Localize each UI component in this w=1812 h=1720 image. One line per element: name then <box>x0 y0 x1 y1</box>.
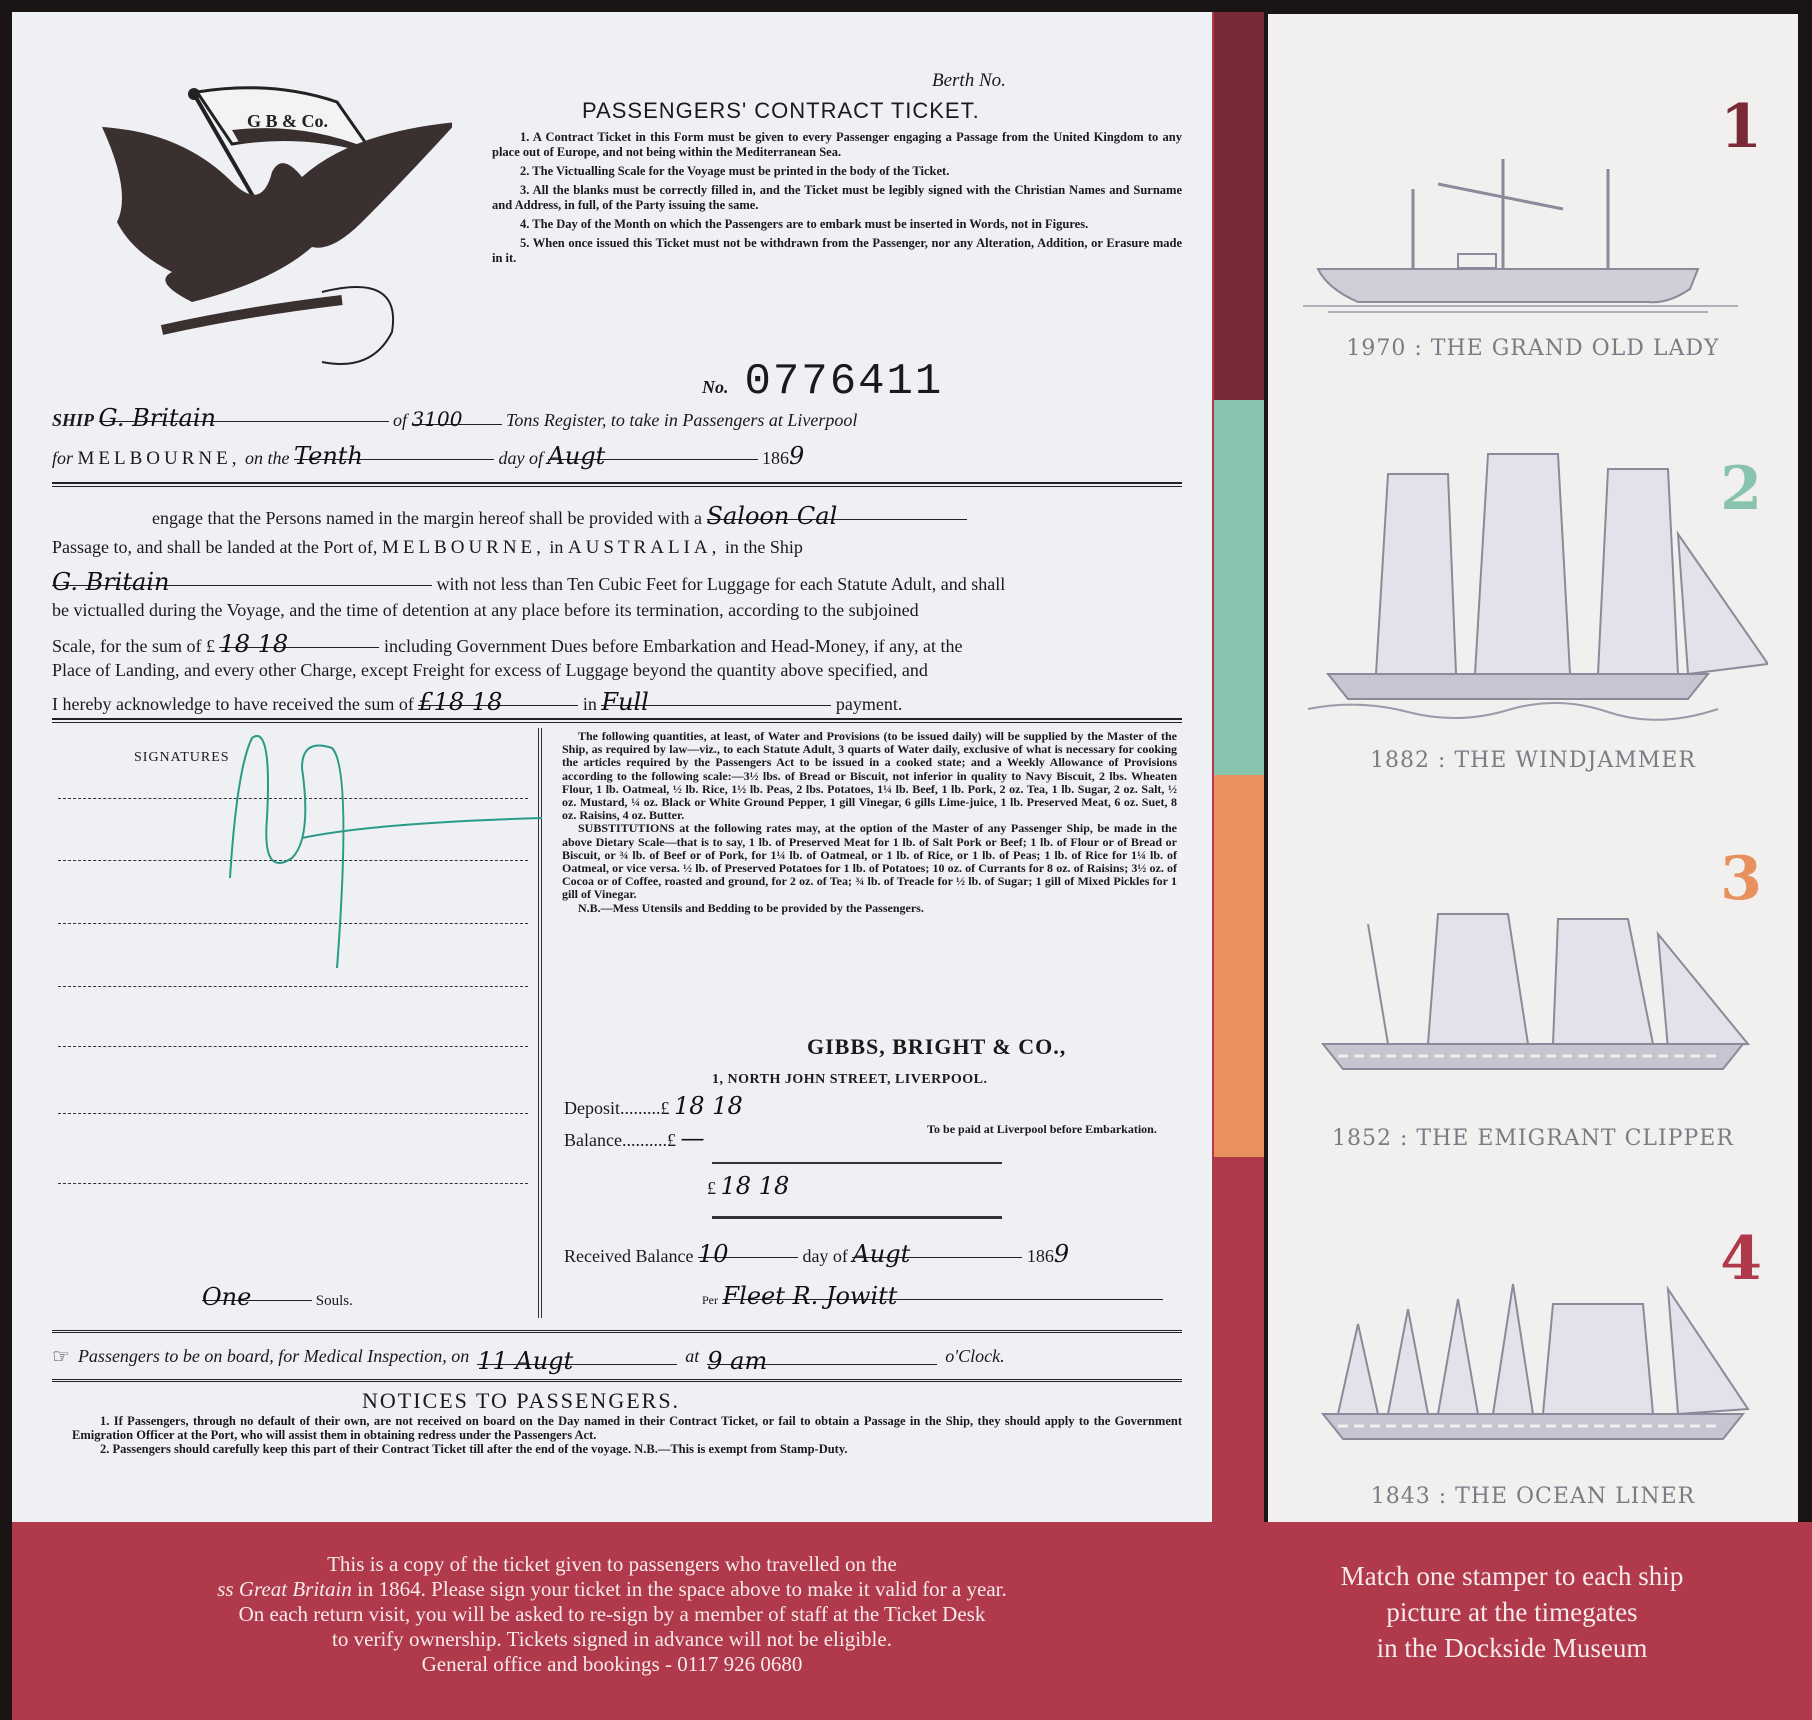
notice-item: 2. Passengers should carefully keep this… <box>72 1442 1182 1456</box>
landing-line: Place of Landing, and every other Charge… <box>52 660 1182 681</box>
engage-line: engage that the Persons named in the mar… <box>152 502 1182 529</box>
received-month-field[interactable]: Augt <box>852 1240 1022 1258</box>
company-address: 1, NORTH JOHN STREET, LIVERPOOL. <box>712 1072 987 1088</box>
ship-caption: 1970 : THE GRAND OLD LADY <box>1268 336 1798 361</box>
inspection-time-field[interactable]: 9 am <box>707 1347 937 1365</box>
deposit-row: Deposit.........£ 18 18 <box>564 1092 743 1120</box>
rule-item: 3. All the blanks must be correctly fill… <box>492 183 1182 213</box>
provisions-scale: The following quantities, at least, of W… <box>562 730 1177 915</box>
ship-caption: 1852 : THE EMIGRANT CLIPPER <box>1268 1126 1798 1151</box>
stripe-ship-3 <box>1214 775 1264 1157</box>
victual-line: be victualled during the Voyage, and the… <box>52 600 1182 621</box>
ship-stamp-panel: 1 1970 : THE GRAND OLD LADY 2 1882 : THE… <box>1268 14 1798 1522</box>
received-balance-row: Received Balance 10 day of Augt 1869 <box>564 1240 1069 1268</box>
info-banner: This is a copy of the ticket given to pa… <box>12 1522 1212 1720</box>
souls-field[interactable]: One <box>202 1283 312 1301</box>
provisions-paragraph: The following quantities, at least, of W… <box>562 730 1177 822</box>
signature-line[interactable] <box>58 1113 528 1114</box>
ship-1-steamer-icon <box>1298 154 1768 314</box>
notices-title: NOTICES TO PASSENGERS. <box>362 1388 680 1414</box>
ticket-number-value: 0776411 <box>745 357 944 407</box>
ticket-rules: 1. A Contract Ticket in this Form must b… <box>492 130 1182 270</box>
sum-rule <box>712 1216 1002 1219</box>
rule-item: 5. When once issued this Ticket must not… <box>492 236 1182 266</box>
ship-caption: 1843 : THE OCEAN LINER <box>1268 1484 1798 1509</box>
passage-line: Passage to, and shall be landed at the P… <box>52 537 1182 559</box>
payment-mode-field[interactable]: Full <box>601 688 831 706</box>
month-field[interactable]: Augt <box>548 442 758 460</box>
divider <box>52 482 1182 487</box>
agent-signature-field[interactable]: Fleet R. Jowitt <box>723 1282 1163 1300</box>
ship-line: SHIP G. Britain of 3100 Tons Register, t… <box>52 404 1182 431</box>
bookings-phone: General office and bookings - 0117 926 0… <box>12 1652 1212 1677</box>
medical-inspection-line: ☞ Passengers to be on board, for Medical… <box>52 1330 1182 1382</box>
paid-note: To be paid at Liverpool before Embarkati… <box>922 1122 1162 1136</box>
divider <box>52 718 1182 723</box>
received-day-field[interactable]: 10 <box>698 1240 798 1258</box>
received-line: I hereby acknowledge to have received th… <box>52 688 1182 715</box>
signatures-area: SIGNATURES One Souls. <box>52 728 542 1318</box>
date-line: for MELBOURNE, on the Tenth day of Augt … <box>52 442 1182 470</box>
day-field[interactable]: Tenth <box>294 442 494 460</box>
stripe-ship-4 <box>1214 1157 1264 1522</box>
provisions-paragraph: N.B.—Mess Utensils and Bedding to be pro… <box>562 902 1177 915</box>
rule-item: 4. The Day of the Month on which the Pas… <box>492 217 1182 232</box>
ship-2-windjammer-icon <box>1298 434 1768 734</box>
contract-ticket: G B & Co. Berth No. PASSENGERS' CONTRACT… <box>12 12 1212 1538</box>
inspection-date-field[interactable]: 11 Augt <box>477 1347 677 1365</box>
ship-3-emigrant-clipper-icon <box>1298 874 1768 1084</box>
class-field[interactable]: Saloon Cal <box>707 502 967 520</box>
ship-caption: 1882 : THE WINDJAMMER <box>1268 748 1798 773</box>
deposit-field[interactable]: 18 18 <box>674 1092 743 1120</box>
provisions-paragraph: SUBSTITUTIONS at the following rates may… <box>562 822 1177 901</box>
rule-item: 2. The Victualling Scale for the Voyage … <box>492 164 1182 179</box>
balance-field[interactable]: — <box>680 1124 704 1152</box>
ship-4-ocean-liner-icon <box>1298 1254 1768 1464</box>
scale-line: Scale, for the sum of £ 18 18 including … <box>52 630 1182 657</box>
rule-item: 1. A Contract Ticket in this Form must b… <box>492 130 1182 160</box>
stripe-ship-1 <box>1214 12 1264 400</box>
berth-number-label: Berth No. <box>932 70 1006 92</box>
svg-text:G B & Co.: G B & Co. <box>247 111 328 131</box>
green-signature-icon <box>212 728 552 988</box>
ticket-number-label: No. <box>702 377 729 398</box>
stamper-instructions: Match one stamper to each ship picture a… <box>1212 1522 1812 1720</box>
eagle-flag-logo-icon: G B & Co. <box>72 72 452 372</box>
total-row: £ 18 18 <box>707 1172 789 1200</box>
sum-field[interactable]: 18 18 <box>219 630 379 648</box>
ship-name-field-2[interactable]: G. Britain <box>52 568 432 586</box>
stripe-ship-2 <box>1214 400 1264 775</box>
luggage-line: G. Britain with not less than Ten Cubic … <box>52 568 1182 595</box>
souls-line: One Souls. <box>202 1283 353 1310</box>
ticket-number: No. 0776411 <box>702 357 943 407</box>
company-name: GIBBS, BRIGHT & CO., <box>807 1034 1066 1060</box>
signature-line[interactable] <box>58 1183 528 1184</box>
year-field[interactable]: 9 <box>789 442 804 470</box>
notices-list: 1. If Passengers, through no default of … <box>72 1414 1182 1456</box>
balance-row: Balance..........£ — <box>564 1124 704 1152</box>
ship-number: 1 <box>1720 92 1762 162</box>
ship-name-field[interactable]: G. Britain <box>99 404 389 422</box>
notice-item: 1. If Passengers, through no default of … <box>72 1414 1182 1442</box>
tons-field[interactable]: 3100 <box>412 407 502 425</box>
pointing-hand-icon: ☞ <box>52 1344 70 1369</box>
ship-name: Great Britain <box>239 1577 352 1601</box>
sum-rule <box>712 1162 1002 1164</box>
total-field[interactable]: 18 18 <box>721 1172 790 1200</box>
ticket-title: PASSENGERS' CONTRACT TICKET. <box>582 98 980 124</box>
per-row: Per Fleet R. Jowitt <box>702 1282 1163 1309</box>
received-sum-field[interactable]: £18 18 <box>418 688 578 706</box>
signature-line[interactable] <box>58 1046 528 1047</box>
